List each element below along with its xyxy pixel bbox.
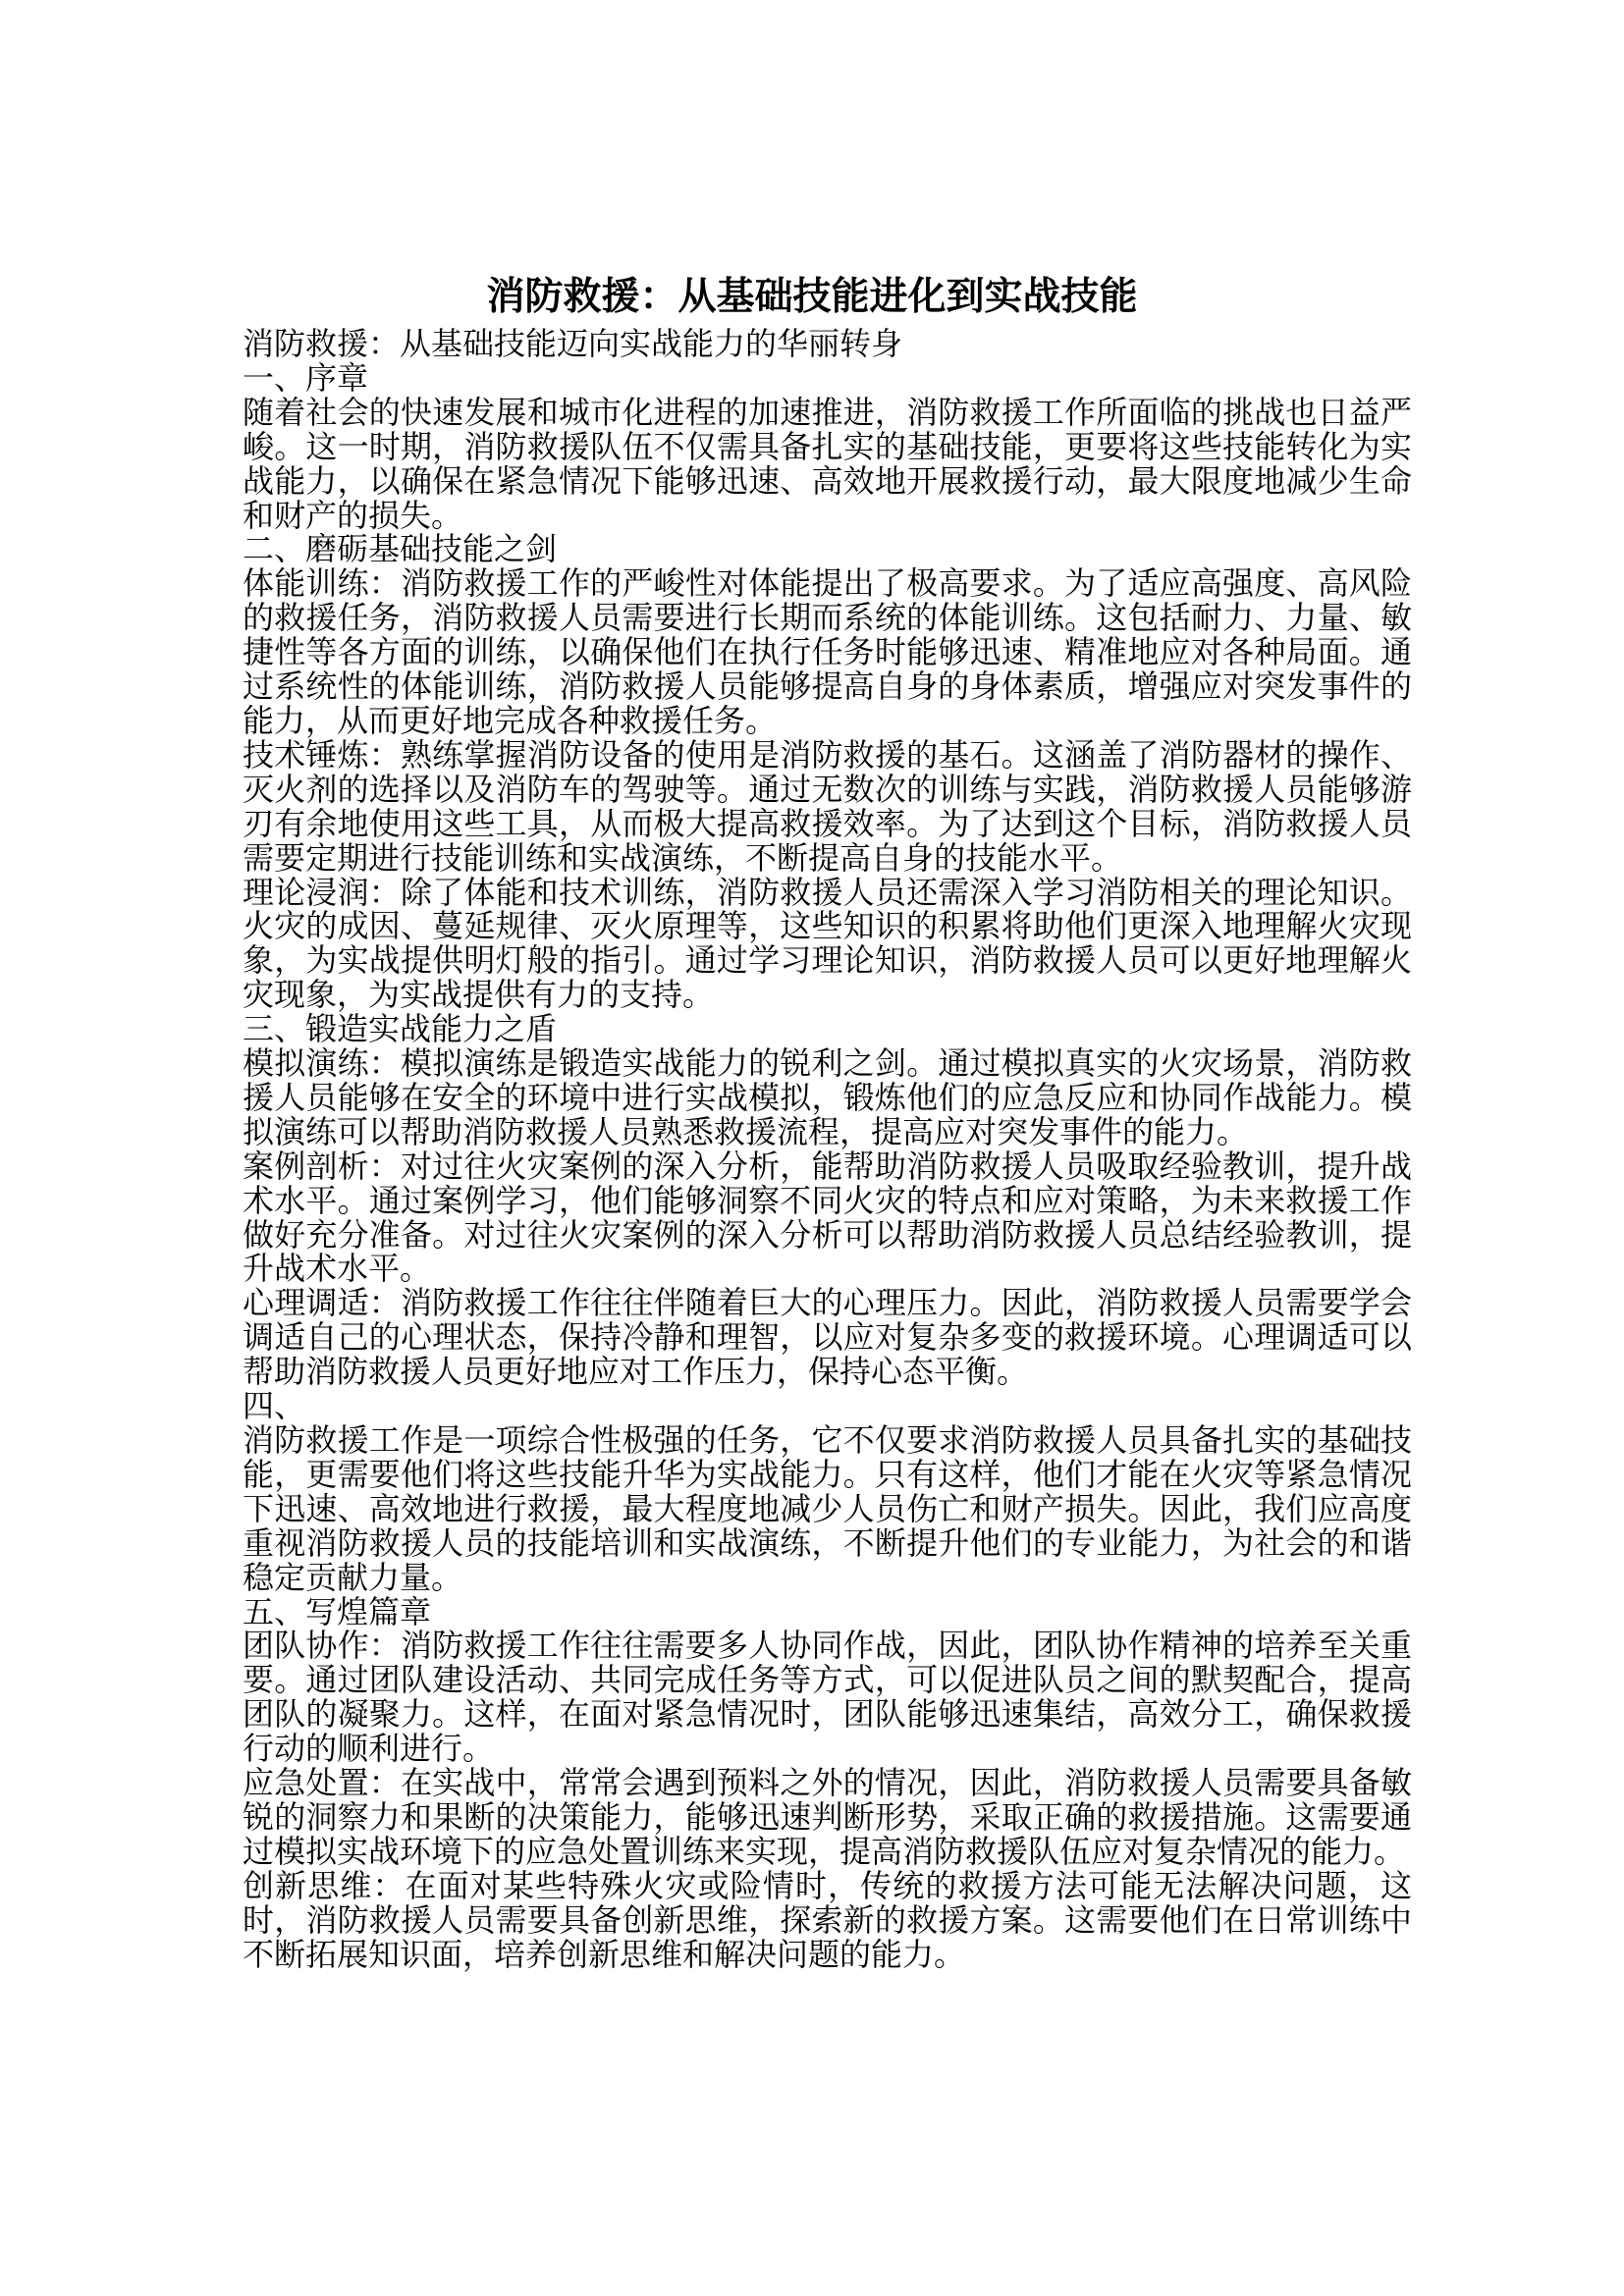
section-heading: 四、 <box>243 1389 1412 1423</box>
document-title: 消防救援：从基础技能进化到实战技能 <box>0 269 1624 326</box>
section-heading: 三、锻造实战能力之盾 <box>243 1012 1412 1046</box>
body-paragraph: 案例剖析：对过往火灾案例的深入分析，能帮助消防救援人员吸取经验教训，提升战术水平… <box>243 1149 1412 1287</box>
body-paragraph: 随着社会的快速发展和城市化进程的加速推进，消防救援工作所面临的挑战也日益严峻。这… <box>243 396 1412 533</box>
section-heading: 一、序章 <box>243 361 1412 396</box>
document-page: 消防救援：从基础技能进化到实战技能 消防救援：从基础技能迈向实战能力的华丽转身一… <box>0 0 1624 2296</box>
section-heading: 二、磨砺基础技能之剑 <box>243 532 1412 566</box>
document-body: 消防救援：从基础技能迈向实战能力的华丽转身一、序章随着社会的快速发展和城市化进程… <box>243 327 1412 1972</box>
body-paragraph: 团队协作：消防救援工作往往需要多人协同作战，因此，团队协作精神的培养至关重要。通… <box>243 1629 1412 1766</box>
body-paragraph: 技术锤炼：熟练掌握消防设备的使用是消防救援的基石。这涵盖了消防器材的操作、灭火剂… <box>243 738 1412 876</box>
body-paragraph: 消防救援工作是一项综合性极强的任务，它不仅要求消防救援人员具备扎实的基础技能，更… <box>243 1423 1412 1595</box>
body-paragraph: 心理调适：消防救援工作往往伴随着巨大的心理压力。因此，消防救援人员需要学会调适自… <box>243 1286 1412 1389</box>
body-paragraph: 创新思维：在面对某些特殊火灾或险情时，传统的救援方法可能无法解决问题，这时，消防… <box>243 1869 1412 1972</box>
body-paragraph: 模拟演练：模拟演练是锻造实战能力的锐利之剑。通过模拟真实的火灾场景，消防救援人员… <box>243 1046 1412 1149</box>
body-paragraph: 应急处置：在实战中，常常会遇到预料之外的情况，因此，消防救援人员需要具备敏锐的洞… <box>243 1766 1412 1869</box>
body-paragraph: 体能训练：消防救援工作的严峻性对体能提出了极高要求。为了适应高强度、高风险的救援… <box>243 566 1412 738</box>
body-paragraph: 理论浸润：除了体能和技术训练，消防救援人员还需深入学习消防相关的理论知识。火灾的… <box>243 876 1412 1013</box>
subtitle-line: 消防救援：从基础技能迈向实战能力的华丽转身 <box>243 327 1412 361</box>
section-heading: 五、写煌篇章 <box>243 1595 1412 1629</box>
